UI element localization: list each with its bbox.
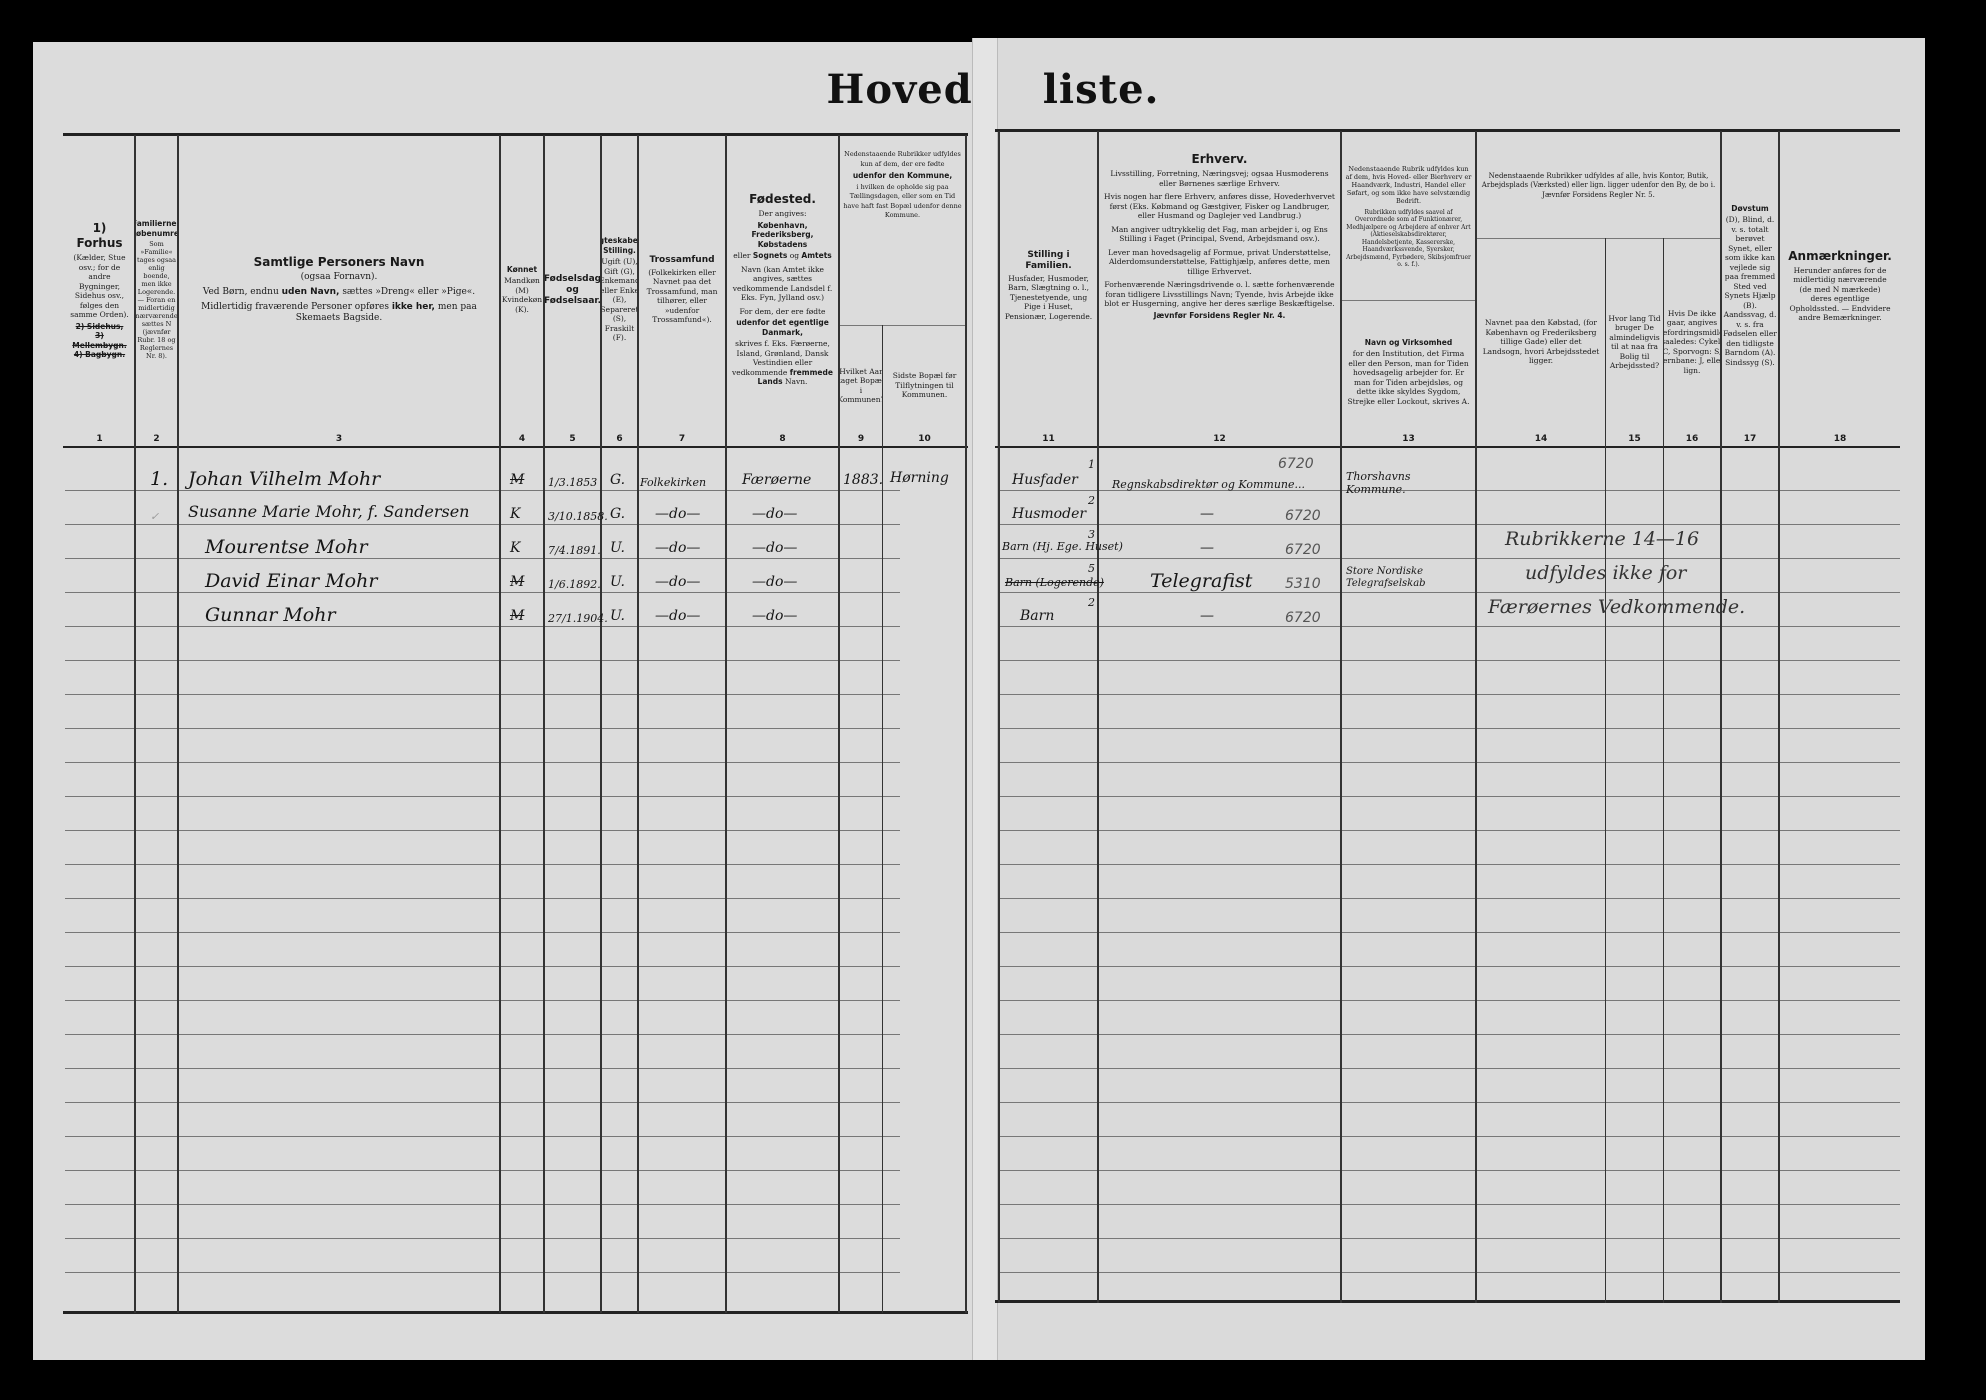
row-rule bbox=[1000, 1000, 1900, 1001]
row-rule bbox=[1000, 1272, 1900, 1273]
col-number-9: 9 bbox=[840, 434, 882, 444]
col-number-16: 16 bbox=[1664, 434, 1720, 444]
col8-bold2: Sognets bbox=[753, 251, 787, 260]
col17-text: (D), Blind, d. v. s. totalt berøvet Syne… bbox=[1723, 215, 1777, 367]
row-rule bbox=[65, 864, 900, 865]
col-number-2: 2 bbox=[136, 434, 177, 444]
row-rule bbox=[1000, 558, 1900, 559]
col4-title: Kønnet bbox=[507, 265, 537, 275]
row-rule bbox=[65, 1272, 900, 1273]
col1-extra-2: 3) Mellembygn. bbox=[68, 331, 131, 350]
col8-text4: Navn (kan Amtet ikke angives, sættes ved… bbox=[730, 265, 835, 303]
col-number-3: 3 bbox=[179, 434, 499, 444]
col5-title: Fødselsdag og Fødselsaar. bbox=[545, 274, 600, 307]
header-top-rule-right bbox=[995, 129, 1900, 132]
row2-family-role: Husmoder bbox=[1012, 506, 1086, 522]
col3-text2: sættes »Dreng« eller »Pige«. bbox=[342, 287, 475, 297]
row3-role-code: 3 bbox=[1088, 528, 1095, 541]
row-rule bbox=[65, 694, 900, 695]
row-rule bbox=[1000, 1170, 1900, 1171]
col12-line-3: Man angiver udtrykkelig det Fag, man arb… bbox=[1102, 225, 1337, 244]
col6-text: Ugift (U), Gift (G), Enkemand eller Enke… bbox=[602, 257, 637, 343]
row5-birthplace: —do— bbox=[752, 608, 797, 624]
row-rule bbox=[65, 592, 900, 593]
row4-role-code: 5 bbox=[1088, 562, 1095, 575]
row-rule bbox=[1000, 592, 1900, 593]
row2-name: Susanne Marie Mohr, f. Sandersen bbox=[188, 502, 469, 521]
col11-text: Husfader, Husmoder, Barn, Slægtning o. l… bbox=[1003, 274, 1094, 322]
row1-name: Johan Vilhelm Mohr bbox=[188, 468, 380, 490]
col14-16-split bbox=[1475, 238, 1720, 239]
header-col-1: 1) Forhus (Kælder, Stue osv.; for de and… bbox=[65, 138, 134, 443]
row2-birthplace: —do— bbox=[752, 506, 797, 522]
header-col-9: Hvilket Aar taget Bopæl i Kommunen? bbox=[840, 328, 882, 443]
row4-sex: M bbox=[510, 574, 524, 590]
row-rule bbox=[1000, 694, 1900, 695]
col12-line-1: Livsstilling, Forretning, Næringsvej; og… bbox=[1102, 169, 1337, 188]
col12-line-4: Lever man hovedsagelig af Formue, privat… bbox=[1102, 248, 1337, 277]
row4-name: David Einar Mohr bbox=[205, 570, 377, 592]
col18-title: Anmærkninger. bbox=[1788, 249, 1892, 264]
col2-title: Familiernes Løbenumre. bbox=[136, 219, 177, 238]
row1-family-number: 1. bbox=[150, 468, 168, 490]
col1-title: 1) Forhus bbox=[68, 221, 131, 251]
row1-sex: M bbox=[510, 472, 524, 488]
header-col-3: Samtlige Personers Navn (ogsaa Fornavn).… bbox=[179, 138, 499, 443]
row-rule bbox=[1000, 1034, 1900, 1035]
col8-bold3: Amtets bbox=[801, 251, 831, 260]
row1-occupation-code: 6720 bbox=[1278, 456, 1314, 472]
row2-sex: K bbox=[510, 506, 520, 522]
col4-text: Mandkøn (M) Kvindekøn (K). bbox=[502, 276, 542, 314]
row2-birth: 3/10.1858. bbox=[548, 510, 608, 523]
row5-name: Gunnar Mohr bbox=[205, 604, 336, 626]
header-col-9-10-group: Nedenstaaende Rubrikker udfyldes kun af … bbox=[840, 138, 965, 323]
col8-text3: og bbox=[790, 251, 799, 260]
col-number-5: 5 bbox=[545, 434, 600, 444]
row1-employer: Thorshavns Kommune. bbox=[1346, 470, 1471, 496]
row5-sex: M bbox=[510, 608, 524, 624]
col8-text5: For dem, der ere fødte bbox=[740, 307, 826, 317]
col1-extra-1: 2) Sidehus, bbox=[76, 322, 124, 332]
row-rule bbox=[1000, 660, 1900, 661]
col13-text: for den Institution, det Firma eller den… bbox=[1345, 349, 1472, 406]
col9-10-split bbox=[838, 325, 965, 326]
header-col-13: Navn og Virksomhed for den Institution, … bbox=[1342, 303, 1475, 443]
header-col-6: Ægteskabelig Stilling. Ugift (U), Gift (… bbox=[602, 138, 637, 443]
col-number-4: 4 bbox=[501, 434, 543, 444]
header-col-18: Anmærkninger. Herunder anføres for de mi… bbox=[1780, 134, 1900, 439]
title-part-1: Hoved bbox=[827, 66, 973, 113]
row-rule bbox=[1000, 1102, 1900, 1103]
row3-name: Mourentse Mohr bbox=[205, 536, 368, 558]
row-rule bbox=[1000, 1204, 1900, 1205]
row3-sex: K bbox=[510, 540, 520, 556]
row-rule bbox=[65, 1068, 900, 1069]
row-rule bbox=[65, 1238, 900, 1239]
header-col-11: Stilling i Familien. Husfader, Husmoder,… bbox=[1000, 134, 1097, 439]
col8-bold1: København, Frederiksberg, Købstadens bbox=[730, 221, 835, 250]
row-rule bbox=[65, 830, 900, 831]
row-rule bbox=[1000, 762, 1900, 763]
row4-marital: U. bbox=[610, 574, 625, 590]
col-number-1: 1 bbox=[65, 434, 134, 444]
row1-occupation: Regnskabsdirektør og Kommune... bbox=[1112, 478, 1305, 491]
col17-title: Døvstum bbox=[1731, 204, 1768, 214]
row-rule bbox=[65, 1102, 900, 1103]
row5-family-role: Barn bbox=[1020, 608, 1054, 624]
row-rule bbox=[65, 626, 900, 627]
row3-occupation: — bbox=[1200, 540, 1214, 556]
col9-title: Hvilket Aar taget Bopæl i Kommunen? bbox=[840, 367, 882, 405]
page-fold bbox=[972, 38, 998, 1360]
col7-text: (Folkekirken eller Navnet paa det Trossa… bbox=[642, 268, 722, 325]
row-rule bbox=[65, 1034, 900, 1035]
title-part-2: liste. bbox=[1043, 66, 1160, 113]
row4-occupation: Telegrafist bbox=[1150, 570, 1252, 592]
row3-faith: —do— bbox=[655, 540, 700, 556]
row-rule bbox=[1000, 1238, 1900, 1239]
col12-title: Erhverv. bbox=[1192, 152, 1248, 167]
row-rule bbox=[65, 490, 900, 491]
row5-marital: U. bbox=[610, 608, 625, 624]
row5-role-code: 2 bbox=[1088, 596, 1095, 609]
col3-sub: (ogsaa Fornavn). bbox=[301, 272, 378, 283]
row2-marital: G. bbox=[610, 506, 625, 522]
row-rule bbox=[65, 558, 900, 559]
col8-text1: Der angives: bbox=[759, 209, 807, 219]
col13-top-text: Nedenstaaende Rubrik udfyldes kun af dem… bbox=[1345, 165, 1472, 205]
col9-10-group-text1: Nedenstaaende Rubrikker udfyldes kun af … bbox=[843, 150, 962, 169]
row-rule bbox=[65, 1000, 900, 1001]
col3-bold1: uden Navn, bbox=[282, 287, 340, 297]
row4-family-role: Barn (Logerende) bbox=[1005, 576, 1104, 589]
col10-title: Sidste Bopæl før Tilflytningen til Kommu… bbox=[887, 371, 962, 400]
header-bottom-rule-left bbox=[63, 446, 968, 448]
row1-last-residence: Hørning bbox=[890, 470, 949, 486]
row5-occupation: — bbox=[1200, 608, 1214, 624]
row4-occupation-code: 5310 bbox=[1285, 576, 1321, 592]
row-rule bbox=[65, 966, 900, 967]
row-rule bbox=[1000, 864, 1900, 865]
col-number-13: 13 bbox=[1342, 434, 1475, 444]
col-number-10: 10 bbox=[884, 434, 965, 444]
col15-text: Hvor lang Tid bruger De almindeligvis ti… bbox=[1607, 314, 1662, 371]
header-col-2: Familiernes Løbenumre. Som »Familie« tag… bbox=[136, 138, 177, 443]
row5-faith: —do— bbox=[655, 608, 700, 624]
col18-text: Herunder anføres for de midlertidig nærv… bbox=[1788, 266, 1892, 323]
row-rule bbox=[1000, 898, 1900, 899]
header-col-14-16-group: Nedenstaaende Rubrikker udfyldes af alle… bbox=[1477, 134, 1720, 238]
col13-top-text2: Rubrikken udfyldes saavel af Overordnede… bbox=[1345, 209, 1472, 269]
row1-birth: 1/3.1853 bbox=[548, 476, 597, 489]
row4-birthplace: —do— bbox=[752, 574, 797, 590]
col-number-7: 7 bbox=[639, 434, 725, 444]
row-rule bbox=[65, 1204, 900, 1205]
col9-10-group-bold: udenfor den Kommune, bbox=[853, 171, 952, 181]
row3-family-role: Barn (Hj. Ege. Huset) bbox=[1002, 540, 1123, 553]
col9-10-group-text2: i hvilken de opholde sig paa Tællingsdag… bbox=[843, 183, 962, 221]
header-col-16: Hvis De ikke gaar, angives Befordringsmi… bbox=[1664, 241, 1720, 443]
col-number-8: 8 bbox=[727, 434, 838, 444]
row1-year-moved: 1883. bbox=[843, 472, 883, 488]
row2-faith: —do— bbox=[655, 506, 700, 522]
col-number-6: 6 bbox=[602, 434, 637, 444]
row-rule bbox=[65, 524, 900, 525]
col14-16-group-text: Nedenstaaende Rubrikker udfyldes af alle… bbox=[1480, 172, 1717, 201]
row2-family-number-mark: ✓ bbox=[150, 510, 159, 523]
col16-text: Hvis De ikke gaar, angives Befordringsmi… bbox=[1664, 309, 1720, 376]
col7-title: Trossamfund bbox=[649, 255, 714, 266]
row-rule bbox=[1000, 728, 1900, 729]
side-note-line-2: udfyldes ikke for bbox=[1525, 562, 1686, 584]
header-top-rule-left bbox=[63, 133, 968, 136]
row-rule bbox=[65, 660, 900, 661]
col2-text: Som »Familie« tages ogsaa enlig boende, … bbox=[136, 240, 177, 360]
row1-birthplace: Færøerne bbox=[742, 472, 811, 488]
row-rule bbox=[65, 762, 900, 763]
header-col-12: Erhverv. Livsstilling, Forretning, Nærin… bbox=[1099, 134, 1340, 439]
page-title: Hovedliste. bbox=[0, 66, 1986, 113]
header-col-4: Kønnet Mandkøn (M) Kvindekøn (K). bbox=[501, 138, 543, 443]
col12-line-5: Forhenværende Næringsdrivende o. l. sætt… bbox=[1102, 280, 1337, 309]
row-rule bbox=[1000, 830, 1900, 831]
col-number-14: 14 bbox=[1477, 434, 1605, 444]
row4-employer: Store Nordiske Telegrafselskab bbox=[1346, 566, 1471, 590]
row-rule bbox=[1000, 1136, 1900, 1137]
header-col-8: Fødested. Der angives: København, Freder… bbox=[727, 138, 838, 443]
row3-birth: 7/4.1891. bbox=[548, 544, 601, 557]
row3-marital: U. bbox=[610, 540, 625, 556]
col-divider-10 bbox=[965, 135, 967, 1313]
col12-line-6: Jævnfør Forsidens Regler Nr. 4. bbox=[1154, 311, 1286, 321]
row2-occupation: — bbox=[1200, 506, 1214, 522]
row-rule bbox=[1000, 524, 1900, 525]
row5-occupation-code: 6720 bbox=[1285, 610, 1321, 626]
side-note-line-3: Færøernes Vedkommende. bbox=[1488, 596, 1745, 618]
col8-title: Fødested. bbox=[749, 192, 816, 207]
col-number-18: 18 bbox=[1780, 434, 1900, 444]
row3-occupation-code: 6720 bbox=[1285, 542, 1321, 558]
row-rule bbox=[65, 728, 900, 729]
header-col-10: Sidste Bopæl før Tilflytningen til Kommu… bbox=[884, 328, 965, 443]
header-col-7: Trossamfund (Folkekirken eller Navnet pa… bbox=[639, 138, 725, 443]
col8-text2: eller bbox=[733, 251, 750, 260]
row5-birth: 27/1.1904. bbox=[548, 612, 608, 625]
col12-line-2: Hvis nogen har flere Erhverv, anføres di… bbox=[1102, 192, 1337, 221]
col-number-17: 17 bbox=[1722, 434, 1778, 444]
row-rule bbox=[1000, 626, 1900, 627]
header-col-15: Hvor lang Tid bruger De almindeligvis ti… bbox=[1606, 241, 1663, 443]
col3-text3: Midlertidig fraværende Personer opføres bbox=[201, 302, 389, 312]
col3-title: Samtlige Personers Navn bbox=[254, 255, 425, 270]
col1-text: (Kælder, Stue osv.; for de andre Bygning… bbox=[68, 253, 131, 320]
row-rule bbox=[1000, 966, 1900, 967]
col8-text7: Navn. bbox=[785, 377, 808, 386]
col-number-11: 11 bbox=[1000, 434, 1097, 444]
col11-title: Stilling i Familien. bbox=[1003, 250, 1094, 272]
header-col-5: Fødselsdag og Fødselsaar. bbox=[545, 138, 600, 443]
col6-title: Ægteskabelig Stilling. bbox=[602, 236, 637, 255]
row1-faith: Folkekirken bbox=[640, 476, 706, 489]
header-col-14: Navnet paa den Købstad, (for København o… bbox=[1477, 241, 1605, 443]
row-rule bbox=[65, 1170, 900, 1171]
col-number-15: 15 bbox=[1606, 434, 1663, 444]
header-bottom-rule-right bbox=[995, 446, 1900, 448]
row1-marital: G. bbox=[610, 472, 625, 488]
side-note-line-1: Rubrikkerne 14—16 bbox=[1505, 528, 1699, 550]
row-rule bbox=[65, 1136, 900, 1137]
col3-text1: Ved Børn, endnu bbox=[203, 287, 279, 297]
col-number-12: 12 bbox=[1099, 434, 1340, 444]
row4-faith: —do— bbox=[655, 574, 700, 590]
col13-title: Navn og Virksomhed bbox=[1365, 338, 1452, 348]
col3-bold2: ikke her, bbox=[392, 302, 435, 312]
col14-text: Navnet paa den Købstad, (for København o… bbox=[1480, 318, 1602, 366]
col8-bold4: udenfor det egentlige Danmark, bbox=[730, 318, 835, 337]
row2-occupation-code: 6720 bbox=[1285, 508, 1321, 524]
col13-split bbox=[1340, 300, 1475, 301]
row-rule bbox=[1000, 796, 1900, 797]
header-col-17: Døvstum (D), Blind, d. v. s. totalt berø… bbox=[1722, 134, 1778, 439]
row1-role-code: 1 bbox=[1088, 458, 1095, 471]
row3-birthplace: —do— bbox=[752, 540, 797, 556]
row2-role-code: 2 bbox=[1088, 494, 1095, 507]
row1-family-role: Husfader bbox=[1012, 472, 1078, 488]
row-rule bbox=[65, 796, 900, 797]
table-bottom-rule-left bbox=[63, 1311, 968, 1314]
row-rule bbox=[65, 898, 900, 899]
header-col-13-top: Nedenstaaende Rubrik udfyldes kun af dem… bbox=[1342, 134, 1475, 299]
row4-birth: 1/6.1892. bbox=[548, 578, 601, 591]
row-rule bbox=[1000, 932, 1900, 933]
row-rule bbox=[1000, 1068, 1900, 1069]
col1-extra-3: 4) Bagbygn. bbox=[74, 350, 125, 360]
table-bottom-rule-right bbox=[995, 1300, 1900, 1303]
row-rule bbox=[65, 932, 900, 933]
